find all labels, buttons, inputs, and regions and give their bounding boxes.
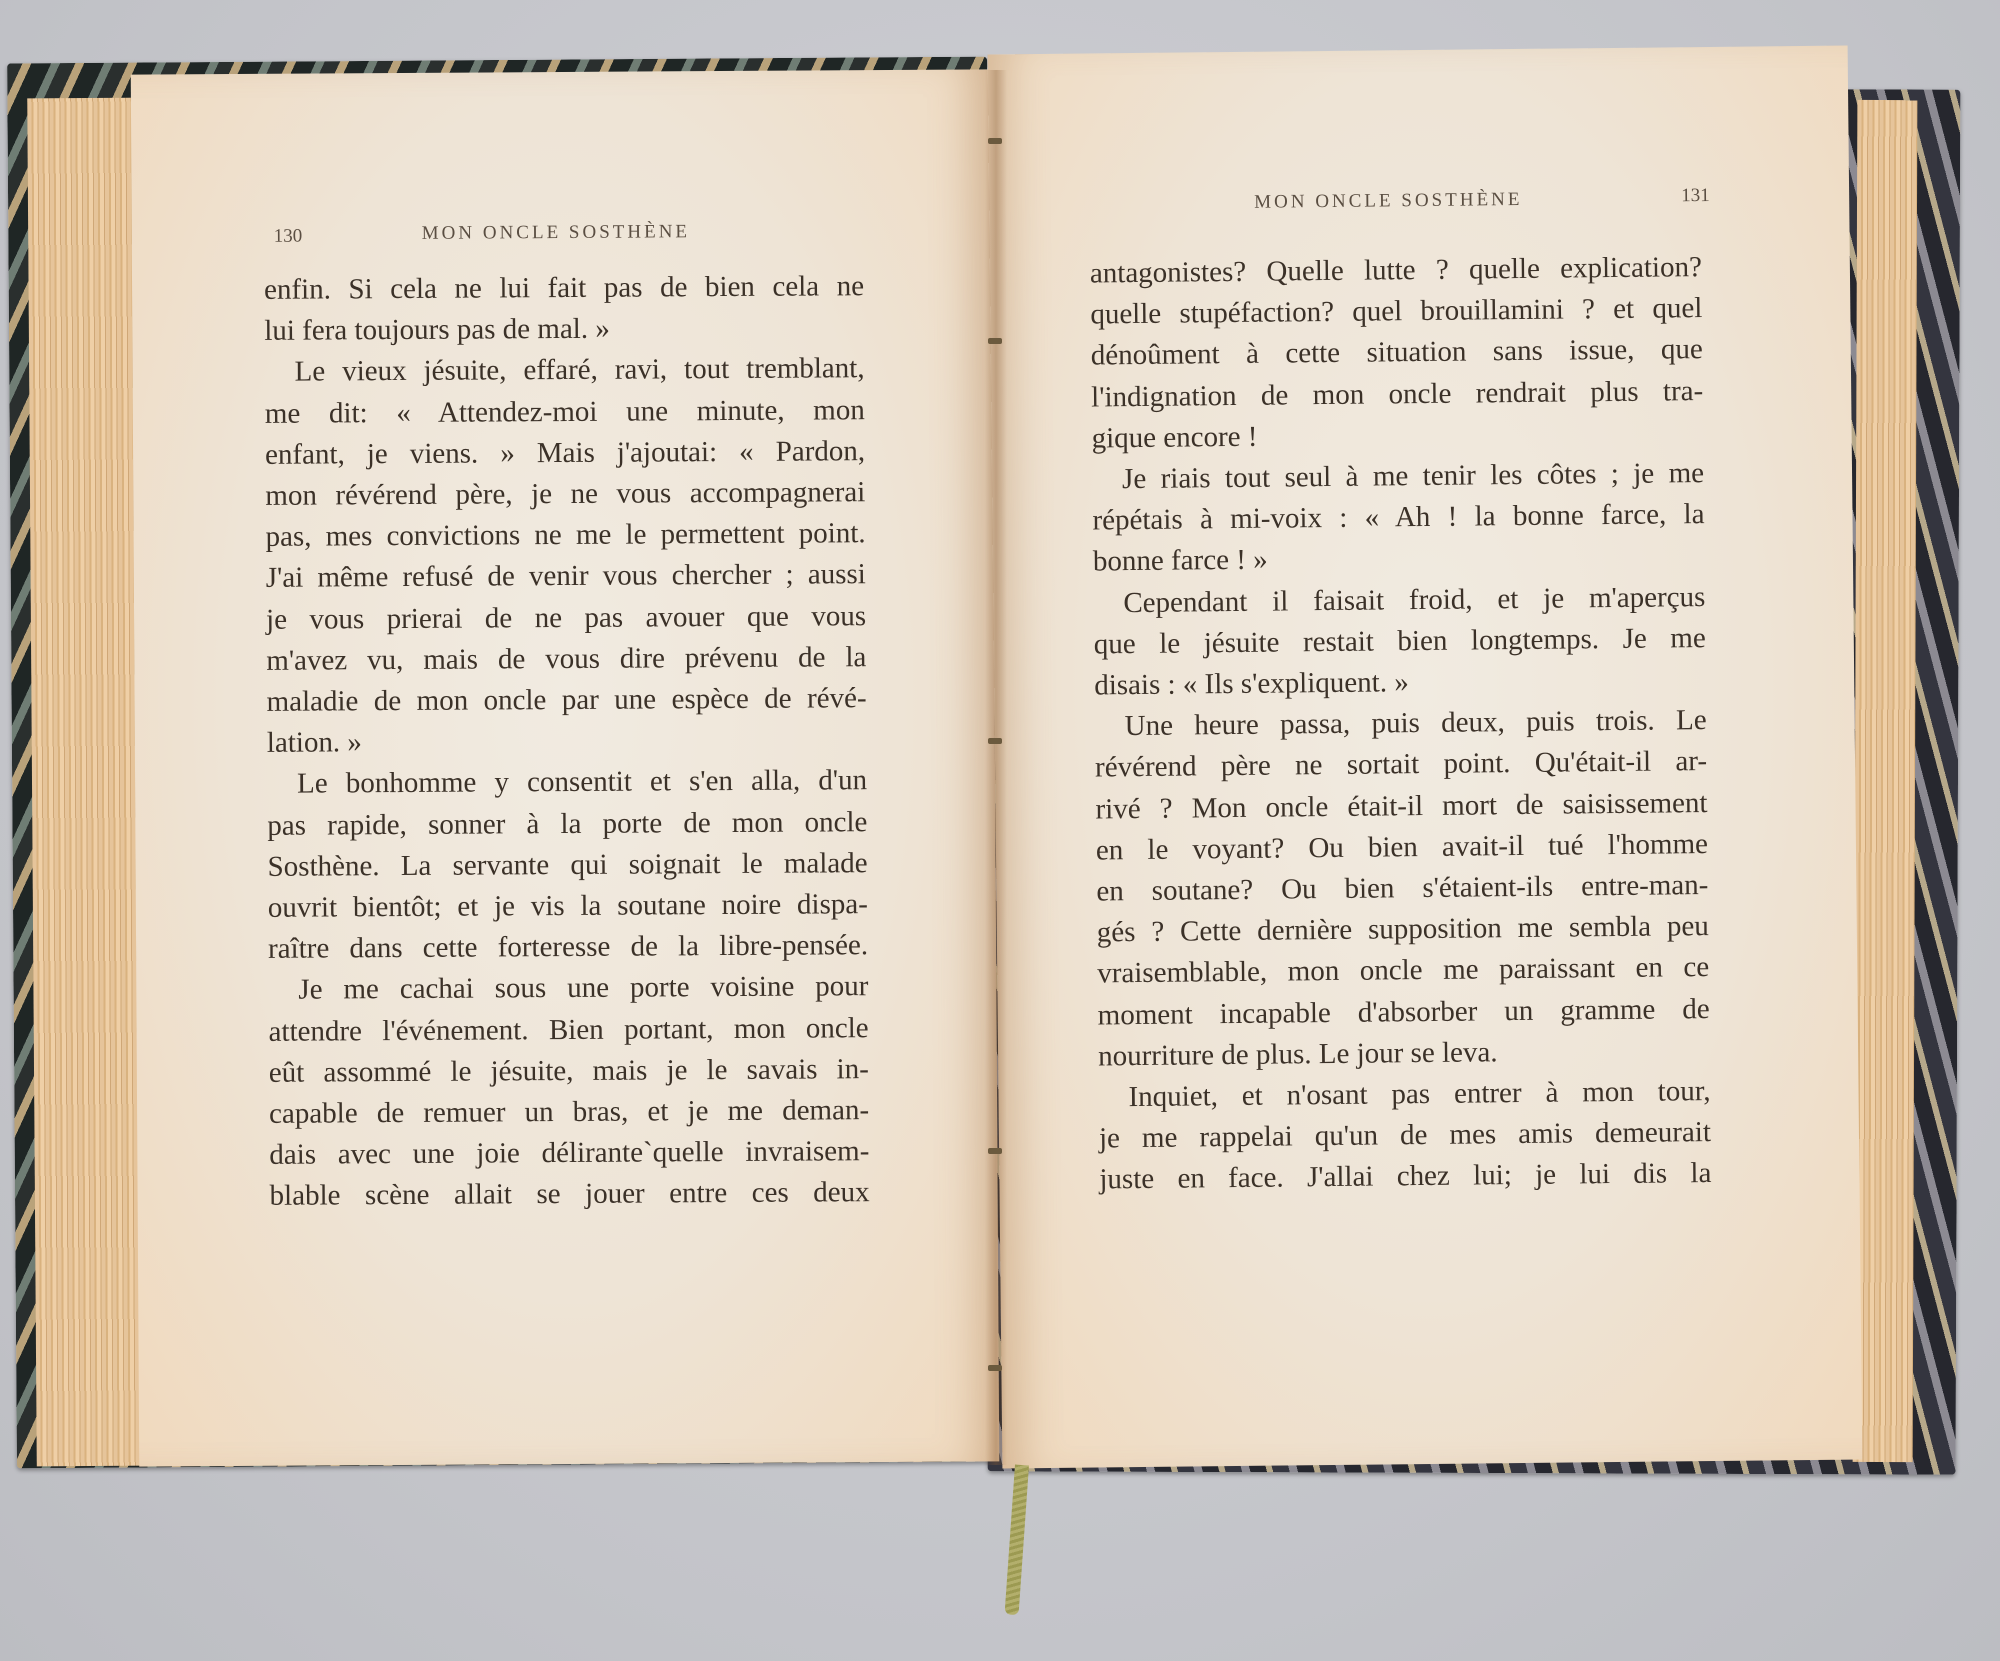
text-line: je vous prierai de ne pas avouer que vou… — [266, 596, 866, 641]
text-line: rivé ? Mon oncle était-il mort de saisis… — [1095, 783, 1707, 831]
text-line: répétais à mi-voix : « Ah ! la bonne far… — [1092, 494, 1704, 542]
running-head: MON ONCLE SOSTHÈNE — [422, 221, 690, 245]
text-line: gique encore ! — [1091, 412, 1703, 460]
text-line: dénoûment à cette situation sans issue, … — [1091, 329, 1703, 377]
text-line: Cependant il faisait froid, et je m'aper… — [1093, 577, 1705, 625]
left-page: 130 MON ONCLE SOSTHÈNE enfin. Si cela ne… — [131, 69, 999, 1466]
text-line: révérend père ne sortait point. Qu'était… — [1095, 741, 1707, 789]
page-number: 130 — [274, 226, 303, 248]
text-line: m'avez vu, mais de vous dire prévenu de … — [266, 637, 866, 682]
page-number: 131 — [1681, 185, 1710, 207]
binding-stitch — [988, 1365, 1002, 1371]
text-line: dais avec une joie délirante`quelle invr… — [269, 1131, 869, 1176]
text-line: ouvrit bientôt; et je vis la soutane noi… — [268, 884, 868, 929]
text-line: maladie de mon oncle par une espèce de r… — [266, 678, 866, 723]
text-line: eût assommé le jésuite, mais je le savai… — [269, 1049, 869, 1094]
binding-stitch — [988, 1148, 1002, 1154]
text-line: Une heure passa, puis deux, puis trois. … — [1094, 700, 1706, 748]
text-line: attendre l'événement. Bien portant, mon … — [268, 1008, 868, 1053]
text-line: J'ai même refusé de venir vous chercher … — [266, 555, 866, 600]
book-gutter — [985, 70, 1007, 1465]
text-line: je me rappelai qu'un de mes amis demeura… — [1099, 1112, 1711, 1160]
book-photo: 130 MON ONCLE SOSTHÈNE enfin. Si cela ne… — [0, 0, 2000, 1661]
text-line: bonne farce ! » — [1093, 535, 1705, 583]
text-line: Sosthène. La servante qui soignait le ma… — [267, 843, 867, 888]
text-line: nourriture de plus. Le jour se leva. — [1098, 1030, 1710, 1078]
page-body: antagonistes? Quelle lutte ? quelle expl… — [1090, 247, 1712, 1201]
text-line: mon révérend père, je ne vous accompagne… — [265, 472, 865, 517]
binding-stitch — [988, 738, 1002, 744]
text-line: moment incapable d'absorber un gramme de — [1097, 989, 1709, 1037]
text-line: gés ? Cette dernière supposition me semb… — [1097, 906, 1709, 954]
text-line: Le vieux jésuite, effaré, ravi, tout tre… — [264, 349, 864, 394]
text-line: Le bonhomme y consentit et s'en alla, d'… — [267, 761, 867, 806]
text-line: en le voyant? Ou bien avait-il tué l'hom… — [1096, 824, 1708, 872]
text-line: enfant, je viens. » Mais j'ajoutai: « Pa… — [265, 431, 865, 476]
text-line: juste en face. J'allai chez lui; je lui … — [1099, 1153, 1711, 1201]
left-page-block-edges — [27, 98, 147, 1467]
text-line: Je riais tout seul à me tenir les côtes … — [1092, 453, 1704, 501]
binding-stitch — [988, 138, 1002, 144]
text-line: que le jésuite restait bien longtemps. J… — [1094, 618, 1706, 666]
text-line: l'indignation de mon oncle rendrait plus… — [1091, 371, 1703, 419]
text-line: me dit: « Attendez-moi une minute, mon — [265, 390, 865, 435]
right-page: MON ONCLE SOSTHÈNE 131 antagonistes? Que… — [988, 46, 1863, 1469]
text-line: Je me cachai sous une porte voisine pour — [268, 967, 868, 1012]
text-line: pas rapide, sonner à la porte de mon onc… — [267, 802, 867, 847]
ribbon-bookmark[interactable] — [1005, 1465, 1029, 1616]
running-head: MON ONCLE SOSTHÈNE — [1254, 189, 1522, 214]
text-line: Inquiet, et n'osant pas entrer à mon tou… — [1098, 1071, 1710, 1119]
text-line: raître dans cette forteresse de la libre… — [268, 925, 868, 970]
text-line: lation. » — [267, 719, 867, 764]
text-line: disais : « Ils s'expliquent. » — [1094, 659, 1706, 707]
text-line: lui fera toujours pas de mal. » — [264, 307, 864, 352]
text-line: blable scène allait se jouer entre ces d… — [269, 1173, 869, 1218]
right-page-block-edges — [1853, 100, 1918, 1462]
text-line: pas, mes convictions ne me le permettent… — [265, 513, 865, 558]
text-line: antagonistes? Quelle lutte ? quelle expl… — [1090, 247, 1702, 295]
text-line: vraisemblable, mon oncle me paraissant e… — [1097, 947, 1709, 995]
text-line: quelle stupéfaction? quel brouillamini ?… — [1090, 288, 1702, 336]
binding-stitch — [988, 338, 1002, 344]
text-line: enfin. Si cela ne lui fait pas de bien c… — [264, 266, 864, 311]
page-body: enfin. Si cela ne lui fait pas de bien c… — [264, 266, 870, 1217]
text-line: capable de remuer un bras, et je me dema… — [269, 1090, 869, 1135]
text-line: en soutane? Ou bien s'étaient-ils entre-… — [1096, 865, 1708, 913]
